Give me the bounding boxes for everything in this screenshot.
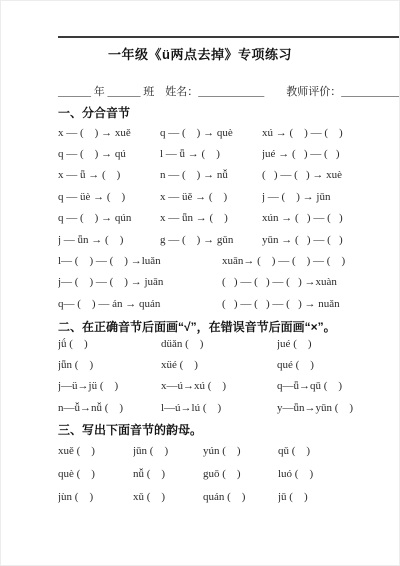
- exercise-row: j—ü→jü ( ) x—ú→xú ( ) q—ǖ→qū ( ): [58, 376, 397, 397]
- exercise-row: j— ( ) — ( ) → juān ( ) — ( ) — ( ) →xuà…: [58, 272, 397, 293]
- exercise-item: x — ǖn → ( ): [160, 212, 262, 224]
- exercise-item: l—ú→lú ( ): [161, 402, 277, 414]
- exercise-row: jùn ( ) xǔ ( ) quán ( ) jū ( ): [58, 485, 397, 508]
- exercise-item: q—ǖ→qū ( ): [277, 380, 397, 392]
- exercise-item: jué → ( ) — ( ): [262, 148, 397, 160]
- section3-rows: xuě ( ) jūn ( ) yún ( ) qǔ ( ) què ( ) n…: [58, 439, 397, 508]
- exercise-row: n—ǚ→nǚ ( ) l—ú→lú ( ) y—ǖn→yūn ( ): [58, 397, 397, 418]
- exercise-item: luó ( ): [278, 468, 397, 480]
- exercise-item: q — üè → ( ): [58, 191, 160, 203]
- exercise-item: què ( ): [58, 468, 133, 480]
- exercise-item: l— ( ) — ( ) →luǎn: [58, 255, 222, 267]
- exercise-item: q — ( ) → qún: [58, 212, 160, 224]
- exercise-item: j — ǖn → ( ): [58, 234, 160, 246]
- exercise-row: jǖn ( ) xüé ( ) qué ( ): [58, 354, 397, 375]
- exercise-item: jué ( ): [277, 338, 397, 350]
- exercise-item: q — ( ) → què: [160, 127, 262, 139]
- exercise-item: xú → ( ) — ( ): [262, 127, 397, 139]
- exercise-row: q— ( ) — án → quán ( ) — ( ) — ( ) → nuǎ…: [58, 293, 397, 314]
- exercise-item: xún → ( ) — ( ): [262, 212, 397, 224]
- exercise-row: jǘ ( ) düǎn ( ) jué ( ): [58, 333, 397, 354]
- exercise-item: ( ) — ( ) — ( ) →xuàn: [222, 276, 397, 288]
- exercise-item: g — ( ) → gǔn: [160, 234, 262, 246]
- exercise-item: jūn ( ): [133, 445, 203, 457]
- exercise-row: q — üè → ( ) x — üě → ( ) j — ( ) → jūn: [58, 186, 397, 207]
- exercise-row: x — ( ) → xuě q — ( ) → què xú → ( ) — (…: [58, 122, 397, 143]
- exercise-item: jǖn ( ): [58, 359, 161, 371]
- exercise-item: q — ( ) → qú: [58, 148, 160, 160]
- exercise-item: nǚ ( ): [133, 468, 203, 480]
- exercise-row: x — ǖ → ( ) n — ( ) → nǚ ( ) — ( ) → xuè: [58, 165, 397, 186]
- worksheet-page: 一年级《ü两点去掉》专项练习 ______ 年 ______ 班 姓名：____…: [0, 0, 400, 566]
- exercise-item: j — ( ) → jūn: [262, 191, 397, 203]
- exercise-item: guō ( ): [203, 468, 278, 480]
- exercise-item: jū ( ): [278, 491, 397, 503]
- section3-heading: 三、写出下面音节的韵母。: [58, 421, 202, 438]
- exercise-item: yūn → ( ) — ( ): [262, 234, 397, 246]
- exercise-item: ( ) — ( ) — ( ) → nuǎn: [222, 298, 397, 310]
- section2-rows: jǘ ( ) düǎn ( ) jué ( ) jǖn ( ) xüé ( ) …: [58, 333, 397, 419]
- exercise-row: què ( ) nǚ ( ) guō ( ) luó ( ): [58, 462, 397, 485]
- exercise-item: x — üě → ( ): [160, 191, 262, 203]
- exercise-item: l — ǖ → ( ): [160, 148, 262, 160]
- exercise-row: q — ( ) → qún x — ǖn → ( ) xún → ( ) — (…: [58, 208, 397, 229]
- exercise-row: q — ( ) → qú l — ǖ → ( ) jué → ( ) — ( ): [58, 143, 397, 164]
- exercise-item: xuān→ ( ) — ( ) — ( ): [222, 255, 397, 267]
- exercise-row: xuě ( ) jūn ( ) yún ( ) qǔ ( ): [58, 439, 397, 462]
- exercise-item: j—ü→jü ( ): [58, 380, 161, 392]
- exercise-item: ( ) — ( ) → xuè: [262, 169, 397, 181]
- exercise-item: yún ( ): [203, 445, 278, 457]
- exercise-item: quán ( ): [203, 491, 278, 503]
- header-rule: [58, 36, 399, 38]
- exercise-item: y—ǖn→yūn ( ): [277, 402, 397, 414]
- exercise-item: xüé ( ): [161, 359, 277, 371]
- exercise-item: jùn ( ): [58, 491, 133, 503]
- section1-heading: 一、分合音节: [58, 104, 130, 121]
- exercise-item: xǔ ( ): [133, 491, 203, 503]
- exercise-item: n — ( ) → nǚ: [160, 169, 262, 181]
- page-title: 一年级《ü两点去掉》专项练习: [1, 44, 399, 63]
- exercise-item: x — ( ) → xuě: [58, 127, 160, 139]
- section1-rows: x — ( ) → xuě q — ( ) → què xú → ( ) — (…: [58, 122, 397, 315]
- exercise-item: n—ǚ→nǚ ( ): [58, 402, 161, 414]
- exercise-item: x — ǖ → ( ): [58, 169, 160, 181]
- exercise-item: q— ( ) — án → quán: [58, 298, 222, 310]
- exercise-item: jǘ ( ): [58, 338, 161, 350]
- exercise-item: x—ú→xú ( ): [161, 380, 277, 392]
- exercise-row: l— ( ) — ( ) →luǎn xuān→ ( ) — ( ) — ( ): [58, 250, 397, 271]
- student-info-line: ______ 年 ______ 班 姓名：____________ 教师评价：_…: [58, 83, 395, 99]
- exercise-item: j— ( ) — ( ) → juān: [58, 276, 222, 288]
- exercise-row: j — ǖn → ( ) g — ( ) → gǔn yūn → ( ) — (…: [58, 229, 397, 250]
- exercise-item: düǎn ( ): [161, 338, 277, 350]
- exercise-item: qué ( ): [277, 359, 397, 371]
- exercise-item: xuě ( ): [58, 445, 133, 457]
- exercise-item: qǔ ( ): [278, 445, 397, 457]
